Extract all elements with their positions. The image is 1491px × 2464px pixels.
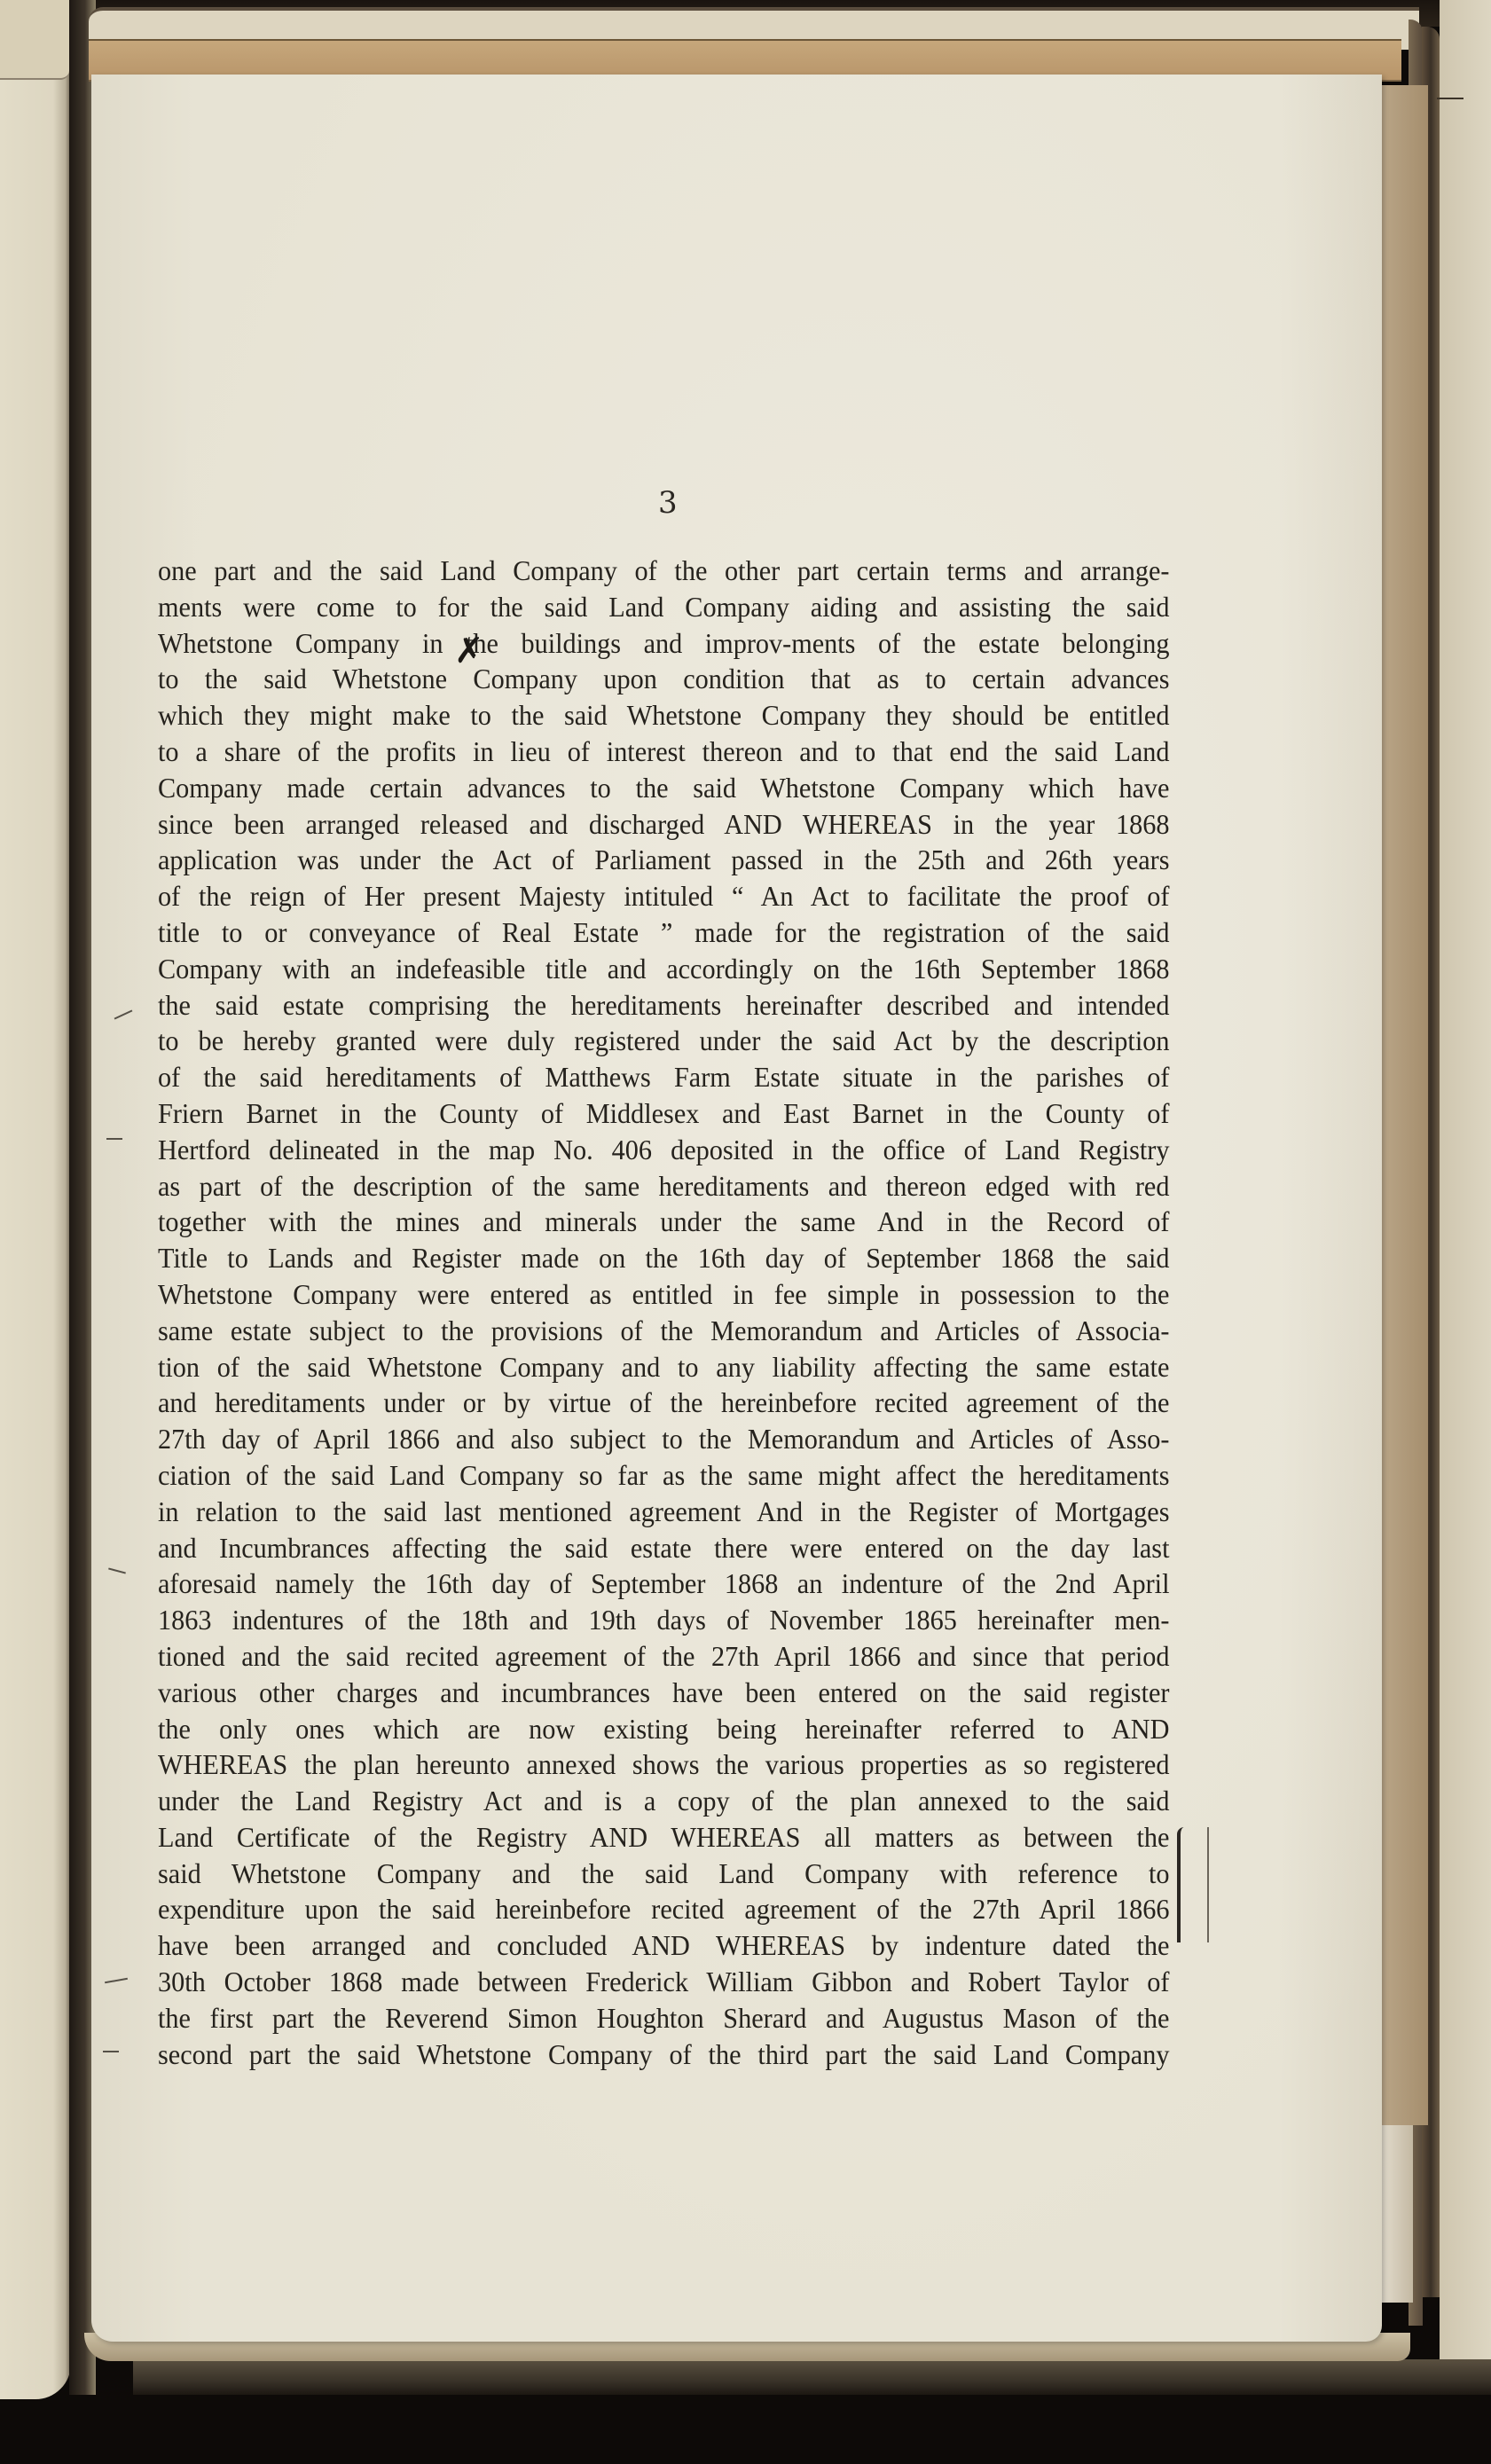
text-line: 30th October 1868 made between Frederick… xyxy=(158,1965,1169,2001)
text-line: under the Land Registry Act and is a cop… xyxy=(158,1784,1169,1820)
handwritten-strikeout-icon: ✗ xyxy=(454,631,484,671)
text-line: Title to Lands and Register made on the … xyxy=(158,1241,1169,1277)
text-line: which they might make to the said Whetst… xyxy=(158,698,1169,734)
text-line: Hertford delineated in the map No. 406 d… xyxy=(158,1133,1169,1169)
margin-tick-icon xyxy=(106,1138,122,1140)
text-line: Whetstone Company were entered as entitl… xyxy=(158,1277,1169,1314)
binding-tape-strip xyxy=(1381,85,1428,2125)
text-line: title to or conveyance of Real Estate ” … xyxy=(158,915,1169,952)
edge-mark xyxy=(1437,98,1464,99)
text-line: in relation to the said last mentioned a… xyxy=(158,1495,1169,1531)
margin-tick-icon xyxy=(103,2051,119,2052)
text-line: of the reign of Her present Majesty inti… xyxy=(158,879,1169,915)
text-line: aforesaid namely the 16th day of Septemb… xyxy=(158,1566,1169,1603)
text-line: Company with an indefeasible title and a… xyxy=(158,952,1169,988)
right-adjacent-page-edge xyxy=(1440,0,1491,2359)
text-line: of the said hereditaments of Matthews Fa… xyxy=(158,1060,1169,1096)
text-line: to be hereby granted were duly registere… xyxy=(158,1024,1169,1060)
text-line: and Incumbrances affecting the said esta… xyxy=(158,1531,1169,1567)
text-line: to a share of the profits in lieu of int… xyxy=(158,734,1169,771)
text-line: the said estate comprising the hereditam… xyxy=(158,988,1169,1024)
left-page-top-edge xyxy=(0,0,69,80)
text-line: the first part the Reverend Simon Hought… xyxy=(158,2001,1169,2037)
text-line: since been arranged released and dischar… xyxy=(158,807,1169,844)
text-line: 27th day of April 1866 and also subject … xyxy=(158,1422,1169,1458)
text-line: ciation of the said Land Company so far … xyxy=(158,1458,1169,1495)
text-line: ments were come to for the said Land Com… xyxy=(158,590,1169,626)
text-line: second part the said Whetstone Company o… xyxy=(158,2037,1169,2074)
text-line: Company made certain advances to the sai… xyxy=(158,771,1169,807)
text-line: Whetstone Company in the buildings and i… xyxy=(158,626,1169,663)
page-number: 3 xyxy=(658,485,678,521)
left-adjacent-page xyxy=(0,0,71,2399)
document-body: one part and the said Land Company of th… xyxy=(158,553,1169,2073)
text-line: one part and the said Land Company of th… xyxy=(158,553,1169,590)
text-line: to the said Whetstone Company upon condi… xyxy=(158,662,1169,698)
text-line: and hereditaments under or by virtue of … xyxy=(158,1385,1169,1422)
handwritten-margin-bracket-icon xyxy=(1177,1827,1209,1942)
page-stack-edge-bottom-dark xyxy=(133,2359,1491,2395)
text-line: same estate subject to the provisions of… xyxy=(158,1314,1169,1350)
text-line: have been arranged and concluded AND WHE… xyxy=(158,1928,1169,1965)
text-line: WHEREAS the plan hereunto annexed shows … xyxy=(158,1747,1169,1784)
text-line: as part of the description of the same h… xyxy=(158,1169,1169,1205)
text-line: said Whetstone Company and the said Land… xyxy=(158,1856,1169,1893)
text-line: various other charges and incumbrances h… xyxy=(158,1675,1169,1712)
text-line: together with the mines and minerals und… xyxy=(158,1205,1169,1241)
text-line: expenditure upon the said hereinbefore r… xyxy=(158,1892,1169,1928)
binding-tape-lower xyxy=(1377,2125,1413,2303)
text-line: 1863 indentures of the 18th and 19th day… xyxy=(158,1603,1169,1639)
text-line: application was under the Act of Parliam… xyxy=(158,843,1169,879)
text-line: tion of the said Whetstone Company and t… xyxy=(158,1350,1169,1386)
text-line: the only ones which are now existing bei… xyxy=(158,1712,1169,1748)
text-line: tioned and the said recited agreement of… xyxy=(158,1639,1169,1675)
text-line: Land Certificate of the Registry AND WHE… xyxy=(158,1820,1169,1856)
text-line: Friern Barnet in the County of Middlesex… xyxy=(158,1096,1169,1133)
